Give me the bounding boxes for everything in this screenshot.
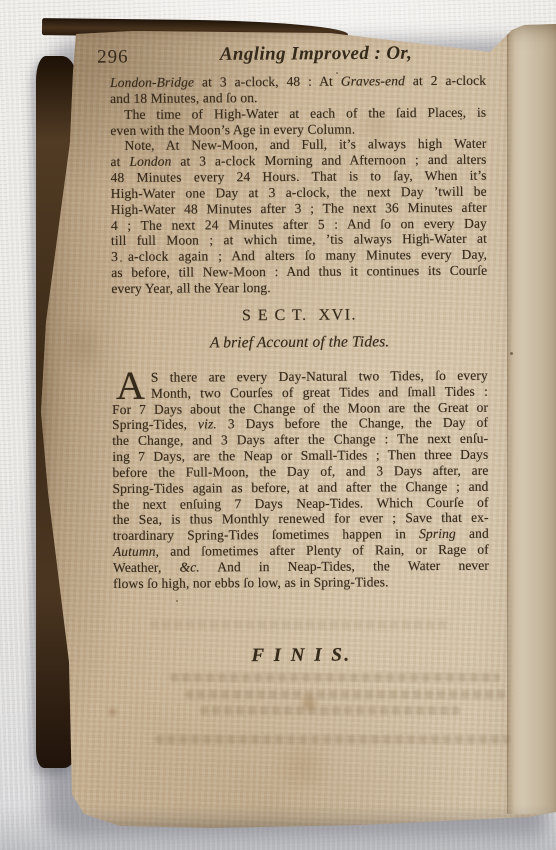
text-line: High-Water one Day at 3 a-clock, the nex… <box>111 184 487 202</box>
paragraph: The time of High-Water at each of the ſa… <box>110 104 486 138</box>
show-through-line <box>185 690 505 699</box>
text-line: The time of High-Water at each of the ſa… <box>110 104 486 122</box>
finis-colophon: F I N I S. <box>113 643 489 667</box>
section-paragraph: AS there are every Day-Natural two Tides… <box>112 368 489 592</box>
text-line: Spring-Tides again as before, at and aft… <box>112 478 488 496</box>
paper-stain <box>66 308 100 384</box>
text-line: every Year, all the Year long. <box>111 279 487 297</box>
text-line: as before, till New-Moon : And thus it c… <box>111 263 487 281</box>
text-line: London-Bridge at 3 a-clock, 48 : At Grav… <box>110 73 486 91</box>
page-fore-edge <box>507 22 556 814</box>
section-subheading: A brief Account of the Tides. <box>112 334 488 352</box>
text-line: AS there are every Day-Natural two Tides… <box>112 368 488 386</box>
section-heading: S E C T. XVI. <box>111 306 487 325</box>
foxing-speck <box>510 352 513 355</box>
book-page: 296 Angling Improved : Or, London-Bridge… <box>36 22 556 828</box>
text-line: before the Full-Moon, the Day of, and 3 … <box>112 463 488 481</box>
paragraph: Note, At New-Moon, and Full, it’s always… <box>110 136 487 297</box>
text-line: High-Water 48 Minutes after 3 ; The next… <box>111 199 487 217</box>
page-number: 296 <box>97 46 129 68</box>
paragraph: London-Bridge at 3 a-clock, 48 : At Grav… <box>110 73 486 107</box>
running-title: Angling Improved : Or, <box>176 42 456 66</box>
paper-stain <box>106 706 119 718</box>
show-through-line <box>155 735 510 744</box>
paper-stain <box>266 744 340 786</box>
show-through-line <box>200 706 460 715</box>
photo-of-book-page: 296 Angling Improved : Or, London-Bridge… <box>0 0 556 850</box>
page-header: 296 Angling Improved : Or, <box>36 42 506 71</box>
text-line: Month, two Courſes of great Tides and ſm… <box>112 383 488 401</box>
text-column: London-Bridge at 3 a-clock, 48 : At Grav… <box>110 73 490 668</box>
show-through-line <box>170 673 500 682</box>
text-line: Weather, &c. And in Neap-Tides, the Wate… <box>113 558 489 576</box>
text-line: flows ſo high, nor ebbs ſo low, as in Sp… <box>113 573 489 591</box>
drop-cap-letter: A <box>116 371 145 401</box>
paper-stain <box>298 694 320 712</box>
